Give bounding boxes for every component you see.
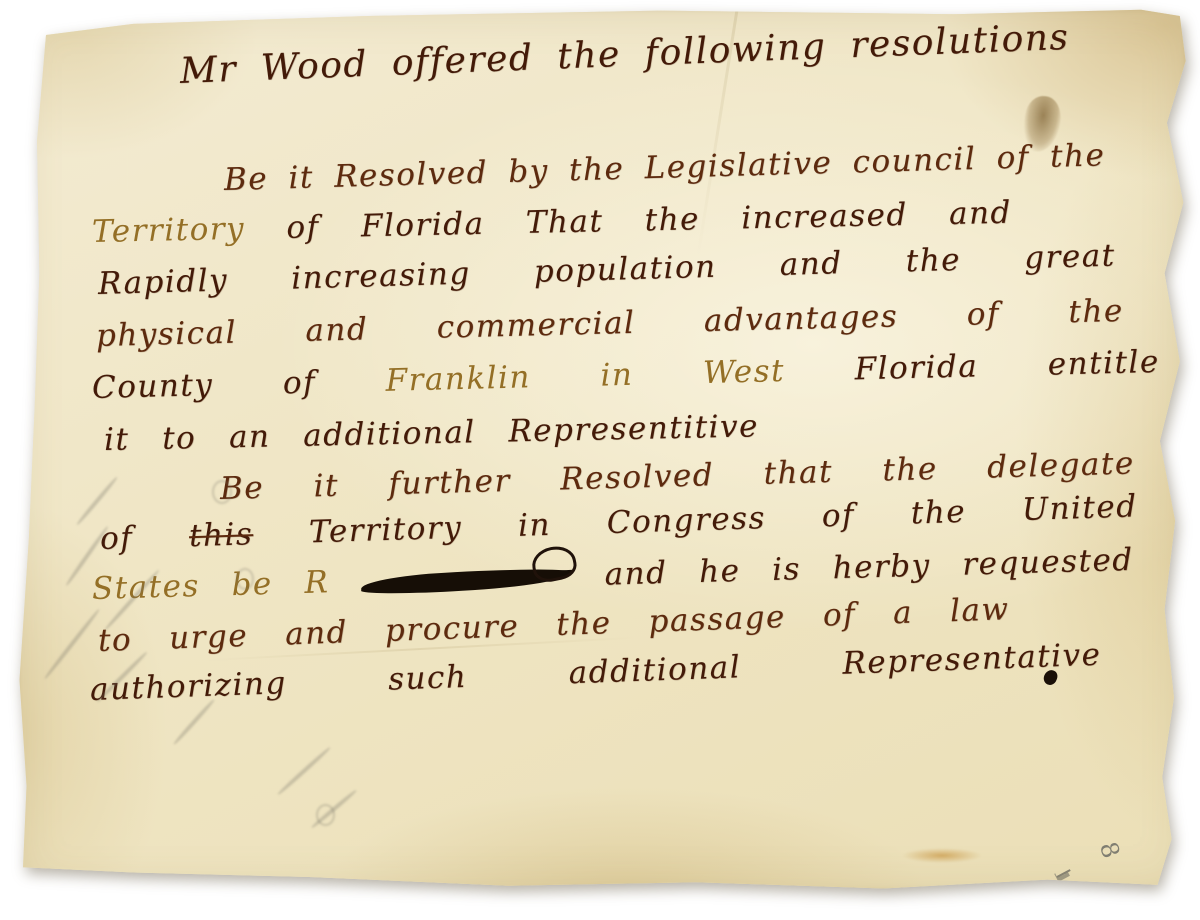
handwritten-text-faded: States be R <box>91 564 329 607</box>
handwritten-text-faded: Territory <box>92 211 246 250</box>
paper-shadow: Mr Wood offered the following resolution… <box>0 0 1200 920</box>
handwritten-text: it to an additional Representitive <box>104 408 760 458</box>
manuscript-paper: Mr Wood offered the following resolution… <box>16 8 1188 892</box>
ink-redaction-blot <box>361 566 574 596</box>
manuscript-line: it to an additional Representitive <box>104 404 760 462</box>
pencil-mark <box>1052 861 1070 878</box>
handwritten-text: Be it Resolved by the Legislative counci… <box>223 137 1105 198</box>
pencil-ghost-mark <box>310 789 357 829</box>
scan-background: Mr Wood offered the following resolution… <box>0 0 1200 920</box>
manuscript-title-line: Mr Wood offered the following resolution… <box>179 16 1070 94</box>
handwritten-text: Mr Wood offered the following resolution… <box>179 17 1070 92</box>
struck-through-word: this <box>188 516 253 554</box>
handwritten-text: Florida entitle <box>854 344 1160 387</box>
handwritten-text: County of <box>92 363 386 406</box>
paper-stain <box>902 848 982 863</box>
pencil-ghost-mark <box>316 804 335 826</box>
handwritten-text: of <box>99 518 189 557</box>
page-number: 8 <box>1094 838 1125 861</box>
handwritten-text: and he is herby requested <box>604 542 1134 593</box>
handwritten-text-faded: Franklin in West <box>385 351 855 398</box>
pencil-ghost-mark <box>277 746 332 796</box>
